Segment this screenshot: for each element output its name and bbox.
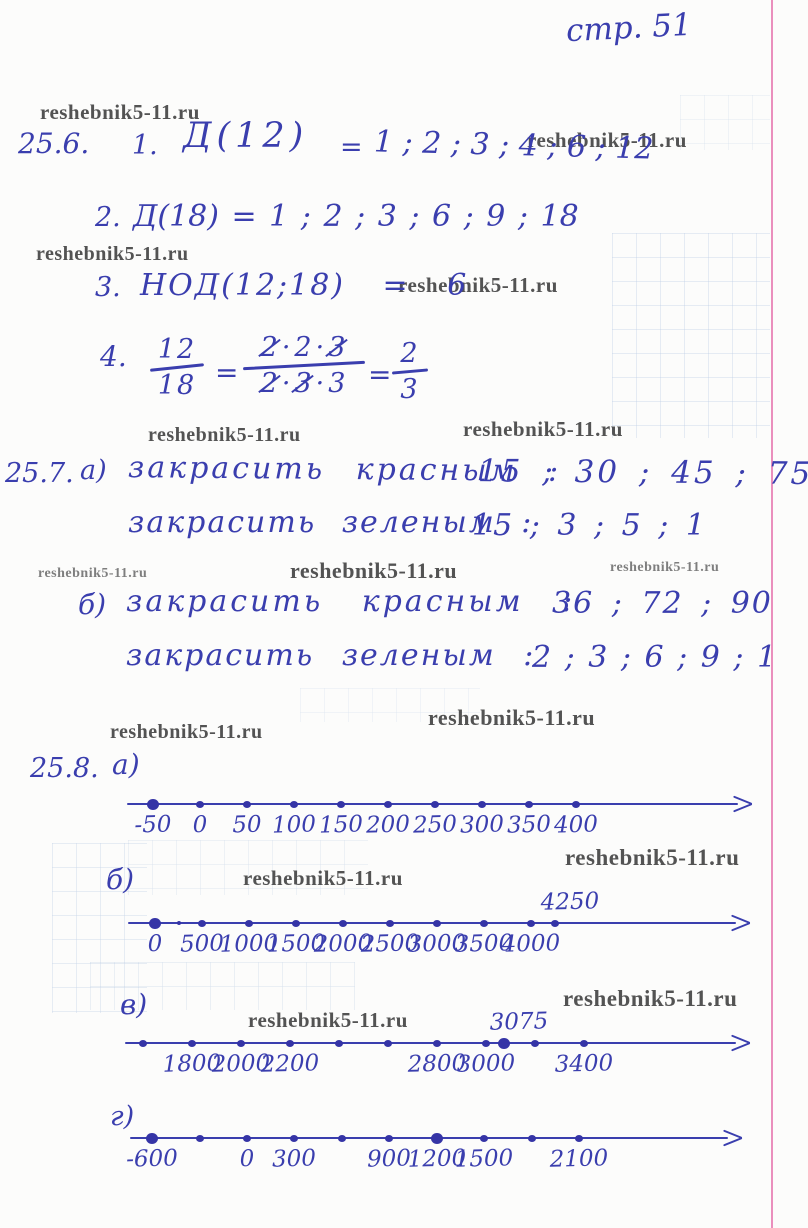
fraction-numerator: 12 — [158, 334, 196, 365]
tick-dot — [480, 920, 488, 927]
part-b-red-text: закрасить красным : — [126, 584, 575, 619]
tick-dot — [433, 920, 441, 927]
tick-dot — [196, 801, 204, 808]
tick-dot — [525, 801, 533, 808]
tick-dot — [290, 801, 298, 808]
tick-label: -600 — [107, 1145, 198, 1173]
watermark: reshebnik5-11.ru — [110, 721, 263, 744]
tick-dot — [292, 920, 300, 927]
tick-dot — [286, 1040, 294, 1047]
tick-dot — [431, 801, 439, 808]
numline-stroke — [130, 1137, 728, 1139]
tick-dot — [196, 1135, 204, 1142]
watermark: reshebnik5-11.ru — [38, 566, 147, 582]
struck-factor: 2 — [261, 332, 280, 363]
step1-divisors: 1 ; 2 ; 3 ; 4 ; 6 ; 12 — [374, 124, 654, 166]
watermark: reshebnik5-11.ru — [610, 560, 719, 576]
problem-257-number: 25.7. — [5, 458, 74, 489]
struck-factor: 3 — [328, 332, 347, 363]
numline-stroke — [125, 1042, 736, 1044]
tick-dot — [480, 1135, 488, 1142]
tick-dot — [575, 1135, 583, 1142]
tick-label: 1500 — [439, 1145, 530, 1173]
fraction-12-18: 12 18 — [150, 334, 204, 401]
tick-dot — [290, 1135, 298, 1142]
step1-equals: = — [340, 132, 363, 163]
number-line-g: -6000300900120015002100 — [0, 1088, 808, 1198]
tick-dot — [384, 801, 392, 808]
factor: 2 — [294, 332, 313, 363]
watermark: reshebnik5-11.ru — [148, 424, 301, 447]
tick-dot — [337, 801, 345, 808]
tick-dot — [580, 1040, 588, 1047]
tick-label: 3400 — [539, 1050, 630, 1078]
watermark: reshebnik5-11.ru — [428, 705, 595, 731]
tick-dot — [139, 1040, 147, 1047]
watermark: reshebnik5-11.ru — [36, 243, 189, 266]
tick-label: 400 — [531, 811, 622, 839]
part-b-green-text: закрасить зеленым : — [126, 638, 535, 673]
part-b-red-values: 36 ; 72 ; 90 — [552, 586, 773, 621]
fraction-numerator: 2·2·3 — [260, 332, 349, 363]
tick-dot — [245, 920, 253, 927]
tick-label: 2200 — [245, 1050, 336, 1078]
tick-label: 2100 — [534, 1145, 625, 1173]
step1-lhs: Д(12) — [183, 116, 308, 156]
watermark: reshebnik5-11.ru — [40, 100, 200, 125]
numline-stroke — [128, 922, 736, 924]
factor: · — [316, 368, 327, 399]
fraction-2-3: 2 3 — [392, 338, 428, 405]
factor: · — [282, 368, 293, 399]
factor: · — [282, 332, 293, 363]
graph-grid-patch — [612, 233, 770, 438]
tick-dot — [198, 920, 206, 927]
tick-dot — [386, 920, 394, 927]
tick-dot — [482, 1040, 490, 1047]
step1-label: 1. — [132, 130, 158, 161]
tick-above-label: 3075 — [474, 1008, 565, 1036]
tick-dot — [528, 1135, 536, 1142]
tick-dot — [527, 920, 535, 927]
factor: 3 — [328, 368, 347, 399]
scanned-notebook-page: стр. 51 reshebnik5-11.ru reshebnik5-11.r… — [0, 0, 808, 1228]
tick-dot — [146, 1133, 158, 1144]
watermark: reshebnik5-11.ru — [290, 558, 457, 584]
tick-dot — [147, 799, 159, 810]
fraction-numerator: 2 — [400, 338, 419, 369]
equals-sign: = — [368, 358, 391, 391]
part-b-label: б) — [78, 588, 106, 621]
tick-above-label: 4250 — [524, 888, 615, 916]
tick-dot — [478, 801, 486, 808]
tick-dot — [433, 1040, 441, 1047]
step4-label: 4. — [100, 340, 127, 373]
tick-dot — [385, 1135, 393, 1142]
step3-label: 3. — [95, 272, 121, 303]
equals-sign: = — [215, 356, 238, 389]
tick-dot — [551, 920, 559, 927]
tick-dot — [339, 920, 347, 927]
part-a-red-values: 15 ; 30 ; 45 ; 75 ; 90 — [478, 453, 808, 493]
tick-dot — [572, 801, 580, 808]
part-a-label: а) — [80, 455, 107, 486]
factor: · — [316, 332, 327, 363]
problem-256-number: 25.6. — [18, 127, 89, 160]
page-number: стр. 51 — [565, 7, 692, 50]
step2-label: 2. — [95, 202, 121, 233]
fraction-denominator: 3 — [400, 374, 419, 405]
tick-dot — [243, 801, 251, 808]
fraction-denominator: 18 — [158, 370, 196, 401]
step3-text: НОД(12;18) = 6 — [140, 268, 468, 303]
tick-dot — [384, 1040, 392, 1047]
tick-dot — [243, 1135, 251, 1142]
number-line-b: 050010001500200025003000350040004250 — [0, 873, 808, 983]
tick-dot — [431, 1133, 443, 1144]
tick-dot — [498, 1038, 510, 1049]
watermark: reshebnik5-11.ru — [463, 417, 623, 442]
tick-dot — [188, 1040, 196, 1047]
number-line-v: 1800200022002800300030753400 — [0, 993, 808, 1103]
part-b-green-values: 2 ; 3 ; 6 ; 9 ; 1 — [532, 640, 777, 675]
tick-label: 3000 — [441, 1050, 532, 1078]
part-a-green-values: 15 ; 3 ; 5 ; 1 — [472, 508, 707, 543]
tick-dot — [237, 1040, 245, 1047]
fraction-denominator: 2·3·3 — [260, 368, 349, 399]
tick-dot — [149, 918, 161, 929]
tick-dot — [531, 1040, 539, 1047]
tick-dot — [338, 1135, 346, 1142]
tick-label: 4000 — [486, 930, 577, 958]
struck-factor: 2 — [261, 368, 280, 399]
number-line-a: -50050100150200250300350400 — [0, 754, 808, 864]
struck-factor: 3 — [294, 368, 313, 399]
tick-dot — [177, 921, 181, 925]
tick-label: 300 — [249, 1145, 340, 1173]
fraction-factored: 2·2·3 2·3·3 — [243, 332, 365, 399]
step2-text: Д(18) = 1 ; 2 ; 3 ; 6 ; 9 ; 18 — [133, 199, 579, 234]
graph-grid-patch — [680, 95, 770, 150]
tick-dot — [335, 1040, 343, 1047]
